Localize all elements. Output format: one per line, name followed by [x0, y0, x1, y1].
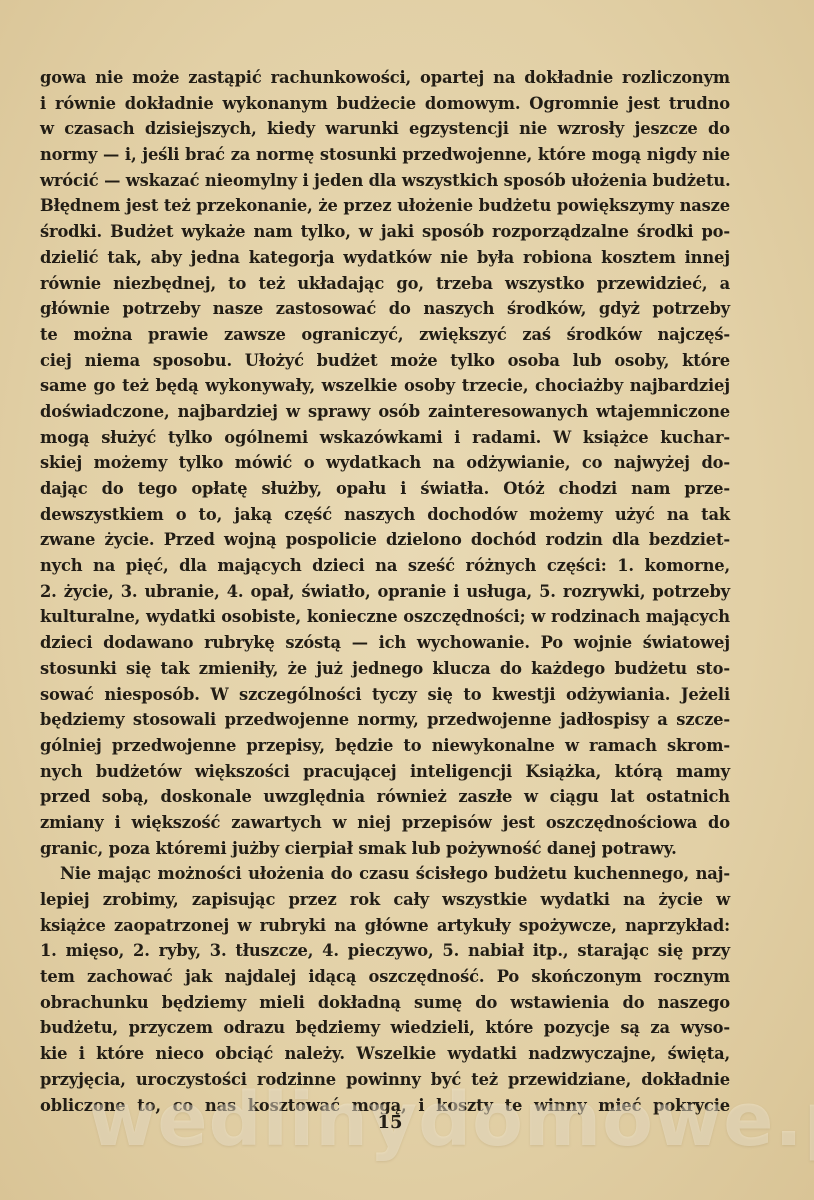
page-number: 15 — [0, 1112, 780, 1133]
text-line: tem zachować jak najdalej idącą oszczędn… — [40, 964, 730, 990]
text-line: dzieci dodawano rubrykę szóstą — ich wyc… — [40, 630, 730, 656]
text-line: ciej niema sposobu. Ułożyć budżet może t… — [40, 348, 730, 374]
text-line: stosunki się tak zmieniły, że już jedneg… — [40, 656, 730, 682]
text-line: mogą służyć tylko ogólnemi wskazówkami i… — [40, 425, 730, 451]
text-line: 1. mięso, 2. ryby, 3. tłuszcze, 4. piecz… — [40, 938, 730, 964]
text-line: książce zaopatrzonej w rubryki na główne… — [40, 913, 730, 939]
text-line: te można prawie zawsze ograniczyć, zwięk… — [40, 322, 730, 348]
text-line: budżetu, przyczem odrazu będziemy wiedzi… — [40, 1015, 730, 1041]
text-line: obrachunku będziemy mieli dokładną sumę … — [40, 990, 730, 1016]
text-line: nych na pięć, dla mających dzieci na sze… — [40, 553, 730, 579]
text-line: kie i które nieco obciąć należy. Wszelki… — [40, 1041, 730, 1067]
text-line: dewszystkiem o to, jaką część naszych do… — [40, 502, 730, 528]
body-text: gowa nie może zastąpić rachunkowości, op… — [40, 65, 730, 1118]
text-line: sować niesposób. W szczególności tyczy s… — [40, 682, 730, 708]
text-line: same go też będą wykonywały, wszelkie os… — [40, 373, 730, 399]
text-line: i równie dokładnie wykonanym budżecie do… — [40, 91, 730, 117]
text-line: 2. życie, 3. ubranie, 4. opał, światło, … — [40, 579, 730, 605]
text-line: zwane życie. Przed wojną pospolicie dzie… — [40, 527, 730, 553]
text-line: głównie potrzeby nasze zastosować do nas… — [40, 296, 730, 322]
book-page: gowa nie może zastąpić rachunkowości, op… — [0, 0, 814, 1200]
text-line: w czasach dzisiejszych, kiedy warunki eg… — [40, 116, 730, 142]
text-line: zmiany i większość zawartych w niej prze… — [40, 810, 730, 836]
text-line: dając do tego opłatę służby, opału i świ… — [40, 476, 730, 502]
text-line: gowa nie może zastąpić rachunkowości, op… — [40, 65, 730, 91]
text-line: dzielić tak, aby jedna kategorja wydatkó… — [40, 245, 730, 271]
text-line: gólniej przedwojenne przepisy, będzie to… — [40, 733, 730, 759]
paragraph-first-line: Nie mając możności ułożenia do czasu ści… — [40, 861, 730, 887]
text-line: lepiej zrobimy, zapisując przez rok cały… — [40, 887, 730, 913]
text-line: kulturalne, wydatki osobiste, konieczne … — [40, 604, 730, 630]
text-line: nych budżetów większości pracującej inte… — [40, 759, 730, 785]
text-line: przed sobą, doskonale uwzględnia również… — [40, 784, 730, 810]
text-line: środki. Budżet wykaże nam tylko, w jaki … — [40, 219, 730, 245]
text-line: doświadczone, najbardziej w sprawy osób … — [40, 399, 730, 425]
text-line: normy — i, jeśli brać za normę stosunki … — [40, 142, 730, 168]
text-line: wrócić — wskazać nieomylny i jeden dla w… — [40, 168, 730, 194]
text-line: skiej możemy tylko mówić o wydatkach na … — [40, 450, 730, 476]
text-line: Błędnem jest też przekonanie, że przez u… — [40, 193, 730, 219]
text-line: granic, poza któremi jużby cierpiał smak… — [40, 836, 730, 862]
text-line: będziemy stosowali przedwojenne normy, p… — [40, 707, 730, 733]
text-line: równie niezbędnej, to też układając go, … — [40, 271, 730, 297]
